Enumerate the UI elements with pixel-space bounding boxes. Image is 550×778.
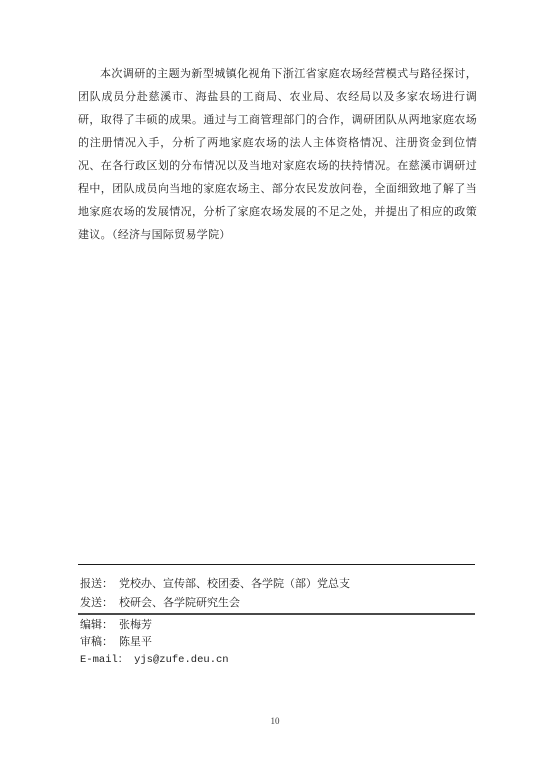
editor-row: 编辑：张梅芳 xyxy=(80,617,475,634)
email-address: yjs@zufe.deu.cn xyxy=(134,654,229,666)
send-to-row: 发送：校研会、各学院研究生会 xyxy=(80,594,475,613)
email-row: E-mail：yjs@zufe.deu.cn xyxy=(80,651,475,669)
staff-rows: 编辑：张梅芳 审稿：陈星平 E-mail：yjs@zufe.deu.cn xyxy=(78,615,475,669)
document-page: 本次调研的主题为新型城镇化视角下浙江省家庭农场经营模式与路径探讨，团队成员分赴慈… xyxy=(0,0,550,778)
report-to-row: 报送：党校办、宣传部、校团委、各学院（部）党总支 xyxy=(80,575,475,594)
editor-label: 编辑： xyxy=(80,619,113,631)
reviewer-label: 审稿： xyxy=(80,636,113,648)
email-label: E-mail： xyxy=(80,654,128,666)
page-number: 10 xyxy=(0,716,550,726)
send-to-label: 发送： xyxy=(80,597,113,609)
reviewer-row: 审稿：陈星平 xyxy=(80,634,475,651)
distribution-rows: 报送：党校办、宣传部、校团委、各学院（部）党总支 发送：校研会、各学院研究生会 xyxy=(78,565,475,613)
footer-block: 报送：党校办、宣传部、校团委、各学院（部）党总支 发送：校研会、各学院研究生会 … xyxy=(78,564,475,669)
send-to-value: 校研会、各学院研究生会 xyxy=(119,597,240,609)
reviewer-name: 陈星平 xyxy=(119,636,152,648)
editor-name: 张梅芳 xyxy=(119,619,152,631)
report-to-label: 报送： xyxy=(80,578,113,590)
report-paragraph: 本次调研的主题为新型城镇化视角下浙江省家庭农场经营模式与路径探讨，团队成员分赴慈… xyxy=(78,63,477,247)
report-to-value: 党校办、宣传部、校团委、各学院（部）党总支 xyxy=(119,578,350,590)
